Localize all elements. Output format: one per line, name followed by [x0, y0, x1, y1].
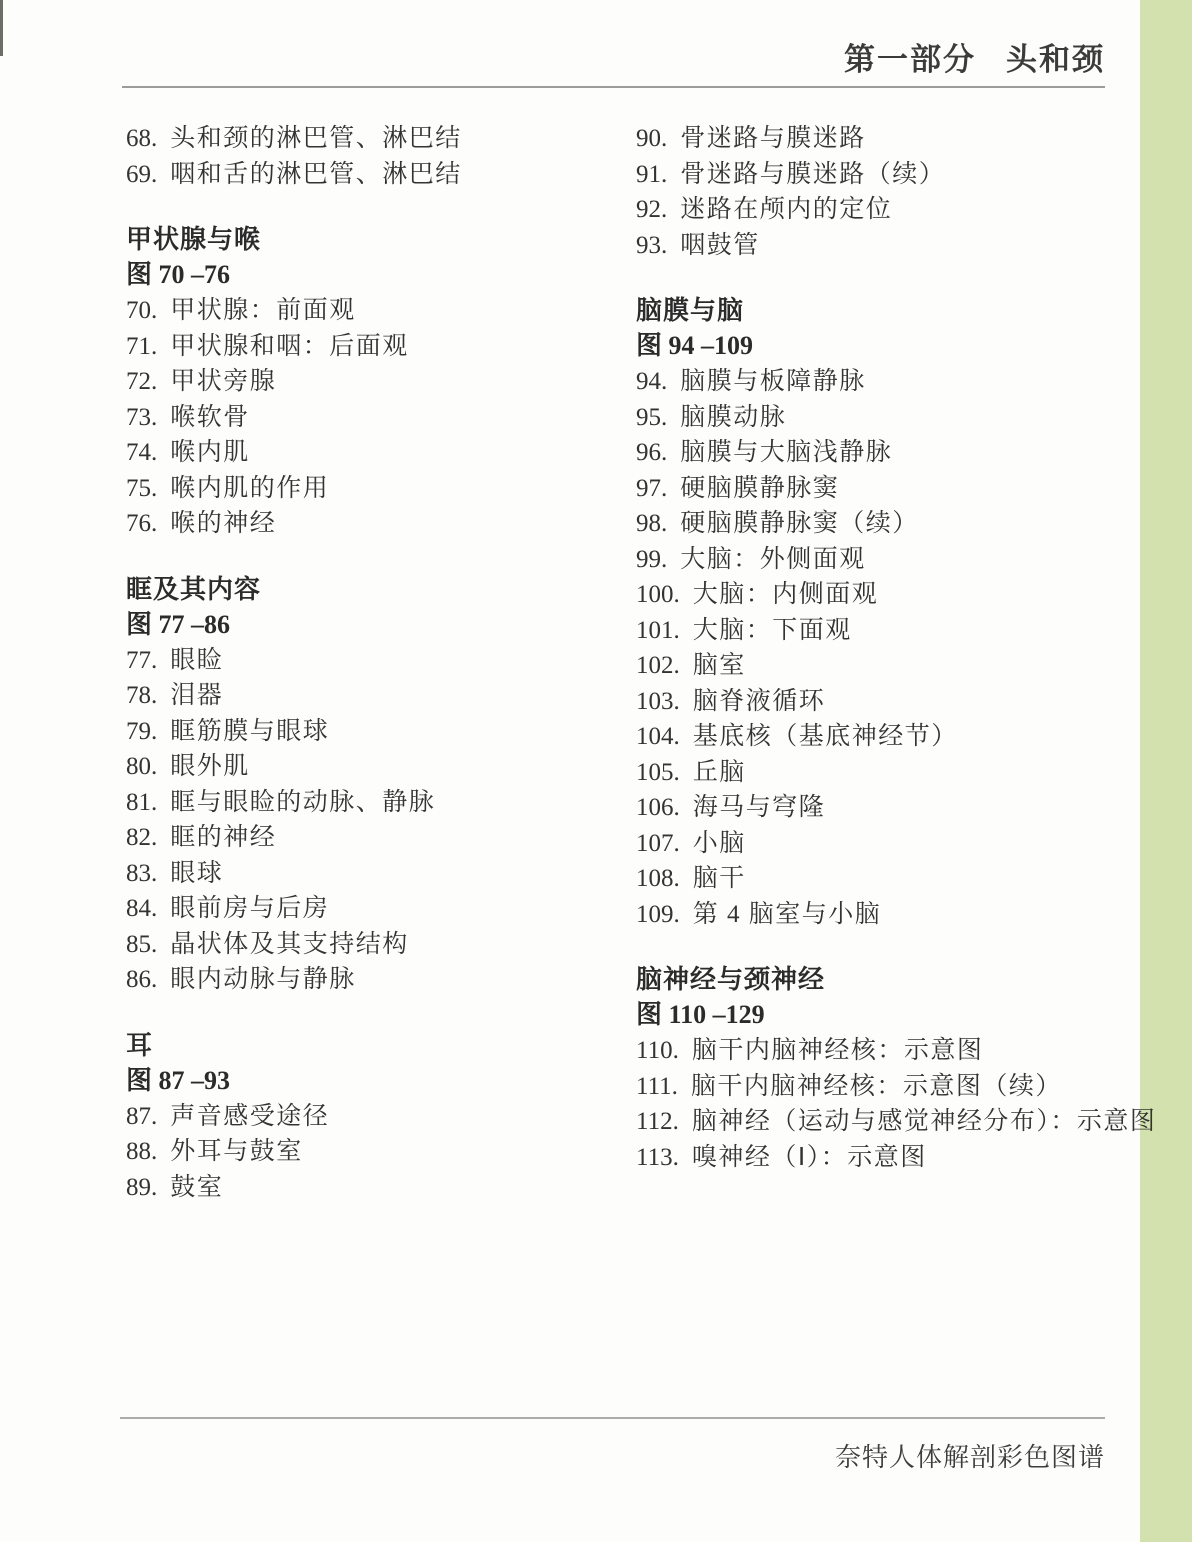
toc-item: 97.硬脑膜静脉窦 — [636, 471, 1136, 507]
toc-item-title: 脑室 — [693, 648, 746, 684]
toc-item-number: 75. — [126, 471, 157, 507]
scan-artifact — [0, 0, 3, 56]
toc-item-number: 106. — [636, 790, 680, 826]
toc-item-title: 骨迷路与膜迷路 — [680, 121, 866, 157]
toc-item-number: 81. — [126, 785, 157, 821]
toc-item: 70.甲状腺：前面观 — [126, 293, 606, 329]
figure-range: 图 94 –109 — [636, 328, 1136, 364]
toc-item: 112.脑神经（运动与感觉神经分布）：示意图 — [636, 1104, 1136, 1140]
page-edge-stripe — [1140, 0, 1192, 1542]
toc-item: 82.眶的神经 — [126, 820, 606, 856]
part-title: 头和颈 — [1006, 42, 1105, 77]
toc-item-title: 晶状体及其支持结构 — [170, 927, 409, 963]
toc-item-number: 100. — [636, 577, 680, 613]
toc-item: 110.脑干内脑神经核：示意图 — [636, 1033, 1136, 1069]
section-title: 甲状腺与喉 — [126, 221, 606, 257]
toc-item-number: 103. — [636, 684, 680, 720]
toc-item: 73.喉软骨 — [126, 400, 606, 436]
toc-item-title: 基底核（基底神经节） — [693, 719, 958, 755]
toc-item-number: 102. — [636, 648, 680, 684]
toc-item: 91.骨迷路与膜迷路（续） — [636, 157, 1136, 193]
toc-item-title: 眼睑 — [170, 643, 223, 679]
toc-item-number: 79. — [126, 714, 157, 750]
toc-group: 脑膜与脑图 94 –10994.脑膜与板障静脉95.脑膜动脉96.脑膜与大脑浅静… — [636, 292, 1136, 932]
toc-item-number: 109. — [636, 897, 680, 933]
toc-item: 102.脑室 — [636, 648, 1136, 684]
toc-item: 78.泪器 — [126, 678, 606, 714]
toc-item-title: 甲状腺和咽：后面观 — [170, 329, 409, 365]
toc-item-number: 71. — [126, 329, 157, 365]
toc-item-title: 大脑：下面观 — [693, 613, 852, 649]
section-title: 眶及其内容 — [126, 571, 606, 607]
toc-item-number: 82. — [126, 820, 157, 856]
toc-item-number: 76. — [126, 506, 157, 542]
toc-item-number: 98. — [636, 506, 667, 542]
toc-item-number: 77. — [126, 643, 157, 679]
toc-item-number: 90. — [636, 121, 667, 157]
toc-group: 脑神经与颈神经图 110 –129110.脑干内脑神经核：示意图111.脑干内脑… — [636, 961, 1136, 1175]
toc-item: 88.外耳与鼓室 — [126, 1134, 606, 1170]
toc-item-title: 大脑：外侧面观 — [680, 542, 866, 578]
toc-item: 104.基底核（基底神经节） — [636, 719, 1136, 755]
header-rule — [122, 86, 1105, 88]
toc-item-title: 咽和舌的淋巴管、淋巴结 — [170, 157, 462, 193]
toc-item: 96.脑膜与大脑浅静脉 — [636, 435, 1136, 471]
toc-item: 69.咽和舌的淋巴管、淋巴结 — [126, 157, 606, 193]
toc-item: 89.鼓室 — [126, 1170, 606, 1206]
toc-column-left: 68.头和颈的淋巴管、淋巴结69.咽和舌的淋巴管、淋巴结甲状腺与喉图 70 –7… — [126, 121, 606, 1205]
toc-item: 99.大脑：外侧面观 — [636, 542, 1136, 578]
toc-item: 84.眼前房与后房 — [126, 891, 606, 927]
toc-item: 76.喉的神经 — [126, 506, 606, 542]
toc-item: 75.喉内肌的作用 — [126, 471, 606, 507]
section-title: 脑膜与脑 — [636, 292, 1136, 328]
toc-item-title: 嗅神经（Ⅰ）：示意图 — [692, 1140, 927, 1176]
toc-item-number: 70. — [126, 293, 157, 329]
toc-item-title: 硬脑膜静脉窦（续） — [680, 506, 919, 542]
toc-item-title: 脑干内脑神经核：示意图 — [692, 1033, 984, 1069]
toc-item-title: 小脑 — [693, 826, 746, 862]
toc-item: 71.甲状腺和咽：后面观 — [126, 329, 606, 365]
toc-item: 108.脑干 — [636, 861, 1136, 897]
toc-item-number: 86. — [126, 962, 157, 998]
toc-item-title: 脑膜动脉 — [680, 400, 786, 436]
figure-range: 图 87 –93 — [126, 1063, 606, 1099]
toc-item-number: 74. — [126, 435, 157, 471]
toc-item-number: 89. — [126, 1170, 157, 1206]
toc-item-title: 骨迷路与膜迷路（续） — [680, 157, 945, 193]
toc-item-number: 84. — [126, 891, 157, 927]
toc-group: 90.骨迷路与膜迷路91.骨迷路与膜迷路（续）92.迷路在颅内的定位93.咽鼓管 — [636, 121, 1136, 263]
book-page: 第一部分头和颈 68.头和颈的淋巴管、淋巴结69.咽和舌的淋巴管、淋巴结甲状腺与… — [0, 0, 1192, 1542]
part-label: 第一部分 — [844, 42, 976, 77]
toc-item-number: 99. — [636, 542, 667, 578]
toc-item-title: 甲状腺：前面观 — [170, 293, 356, 329]
toc-item-number: 93. — [636, 228, 667, 264]
book-title: 奈特人体解剖彩色图谱 — [835, 1442, 1105, 1472]
toc-item: 111.脑干内脑神经核：示意图（续） — [636, 1069, 1136, 1105]
toc-item-title: 喉内肌 — [170, 435, 250, 471]
toc-item: 68.头和颈的淋巴管、淋巴结 — [126, 121, 606, 157]
toc-item-title: 甲状旁腺 — [170, 364, 276, 400]
toc-item-number: 97. — [636, 471, 667, 507]
page-footer: 奈特人体解剖彩色图谱 — [125, 1437, 1105, 1474]
toc-item-title: 硬脑膜静脉窦 — [680, 471, 839, 507]
toc-item: 109.第 4 脑室与小脑 — [636, 897, 1136, 933]
section-title: 脑神经与颈神经 — [636, 961, 1136, 997]
toc-item: 90.骨迷路与膜迷路 — [636, 121, 1136, 157]
toc-item: 107.小脑 — [636, 826, 1136, 862]
toc-item-title: 眶的神经 — [170, 820, 276, 856]
footer-rule — [120, 1417, 1105, 1419]
toc-item-title: 海马与穹隆 — [693, 790, 826, 826]
toc-item-number: 95. — [636, 400, 667, 436]
toc-item-number: 111. — [636, 1069, 678, 1105]
toc-item: 94.脑膜与板障静脉 — [636, 364, 1136, 400]
toc-item-number: 92. — [636, 192, 667, 228]
toc-item-title: 脑膜与板障静脉 — [680, 364, 866, 400]
toc-item-number: 113. — [636, 1140, 679, 1176]
toc-item: 81.眶与眼睑的动脉、静脉 — [126, 785, 606, 821]
toc-item-title: 脑膜与大脑浅静脉 — [680, 435, 892, 471]
toc-item-title: 脑神经（运动与感觉神经分布）：示意图 — [692, 1104, 1157, 1140]
toc-item-title: 眼内动脉与静脉 — [170, 962, 356, 998]
toc-item-title: 第 4 脑室与小脑 — [693, 897, 882, 933]
toc-item-title: 鼓室 — [170, 1170, 223, 1206]
toc-item-title: 喉内肌的作用 — [170, 471, 329, 507]
toc-item: 93.咽鼓管 — [636, 228, 1136, 264]
toc-item-number: 108. — [636, 861, 680, 897]
toc-item: 100.大脑：内侧面观 — [636, 577, 1136, 613]
toc-item-title: 脑干 — [693, 861, 746, 897]
toc-item: 105.丘脑 — [636, 755, 1136, 791]
toc-item-number: 105. — [636, 755, 680, 791]
toc-item: 79.眶筋膜与眼球 — [126, 714, 606, 750]
toc-item-title: 大脑：内侧面观 — [693, 577, 879, 613]
toc-column-right: 90.骨迷路与膜迷路91.骨迷路与膜迷路（续）92.迷路在颅内的定位93.咽鼓管… — [636, 121, 1136, 1175]
figure-range: 图 77 –86 — [126, 607, 606, 643]
toc-item: 72.甲状旁腺 — [126, 364, 606, 400]
toc-item-title: 眶筋膜与眼球 — [170, 714, 329, 750]
toc-item: 95.脑膜动脉 — [636, 400, 1136, 436]
toc-item-number: 85. — [126, 927, 157, 963]
toc-item: 98.硬脑膜静脉窦（续） — [636, 506, 1136, 542]
toc-item-number: 107. — [636, 826, 680, 862]
toc-item-title: 眶与眼睑的动脉、静脉 — [170, 785, 435, 821]
page-header: 第一部分头和颈 — [125, 34, 1105, 79]
toc-item: 86.眼内动脉与静脉 — [126, 962, 606, 998]
figure-range: 图 70 –76 — [126, 257, 606, 293]
section-title: 耳 — [126, 1027, 606, 1063]
toc-item-number: 91. — [636, 157, 667, 193]
toc-item-title: 丘脑 — [693, 755, 746, 791]
toc-item: 101.大脑：下面观 — [636, 613, 1136, 649]
toc-item-number: 69. — [126, 157, 157, 193]
toc-item-number: 80. — [126, 749, 157, 785]
toc-item-number: 88. — [126, 1134, 157, 1170]
toc-item-number: 83. — [126, 856, 157, 892]
toc-item-title: 眼前房与后房 — [170, 891, 329, 927]
toc-item-number: 73. — [126, 400, 157, 436]
toc-item-number: 104. — [636, 719, 680, 755]
toc-group: 甲状腺与喉图 70 –7670.甲状腺：前面观71.甲状腺和咽：后面观72.甲状… — [126, 221, 606, 542]
toc-item-title: 脑干内脑神经核：示意图（续） — [691, 1069, 1062, 1105]
toc-item-number: 72. — [126, 364, 157, 400]
toc-item-number: 78. — [126, 678, 157, 714]
toc-item: 106.海马与穹隆 — [636, 790, 1136, 826]
toc-group: 耳图 87 –9387.声音感受途径88.外耳与鼓室89.鼓室 — [126, 1027, 606, 1206]
toc-item: 80.眼外肌 — [126, 749, 606, 785]
toc-item: 85.晶状体及其支持结构 — [126, 927, 606, 963]
toc-item: 92.迷路在颅内的定位 — [636, 192, 1136, 228]
toc-item: 87.声音感受途径 — [126, 1099, 606, 1135]
toc-item-title: 声音感受途径 — [170, 1099, 329, 1135]
toc-item-title: 外耳与鼓室 — [170, 1134, 303, 1170]
toc-item-number: 94. — [636, 364, 667, 400]
toc-item-title: 喉软骨 — [170, 400, 250, 436]
toc-item-title: 迷路在颅内的定位 — [680, 192, 892, 228]
toc-group: 68.头和颈的淋巴管、淋巴结69.咽和舌的淋巴管、淋巴结 — [126, 121, 606, 192]
toc-item-number: 87. — [126, 1099, 157, 1135]
toc-item: 113.嗅神经（Ⅰ）：示意图 — [636, 1140, 1136, 1176]
toc-item-number: 101. — [636, 613, 680, 649]
toc-item-title: 眼外肌 — [170, 749, 250, 785]
toc-item-title: 咽鼓管 — [680, 228, 760, 264]
toc-item-number: 96. — [636, 435, 667, 471]
toc-item-number: 68. — [126, 121, 157, 157]
toc-item-title: 喉的神经 — [170, 506, 276, 542]
toc-item: 77.眼睑 — [126, 643, 606, 679]
toc-item-number: 110. — [636, 1033, 679, 1069]
toc-item-title: 眼球 — [170, 856, 223, 892]
toc-item: 83.眼球 — [126, 856, 606, 892]
figure-range: 图 110 –129 — [636, 997, 1136, 1033]
toc-group: 眶及其内容图 77 –8677.眼睑78.泪器79.眶筋膜与眼球80.眼外肌81… — [126, 571, 606, 998]
toc-item: 103.脑脊液循环 — [636, 684, 1136, 720]
toc-item-title: 脑脊液循环 — [693, 684, 826, 720]
toc-item-title: 头和颈的淋巴管、淋巴结 — [170, 121, 462, 157]
toc-item: 74.喉内肌 — [126, 435, 606, 471]
toc-item-title: 泪器 — [170, 678, 223, 714]
toc-item-number: 112. — [636, 1104, 679, 1140]
